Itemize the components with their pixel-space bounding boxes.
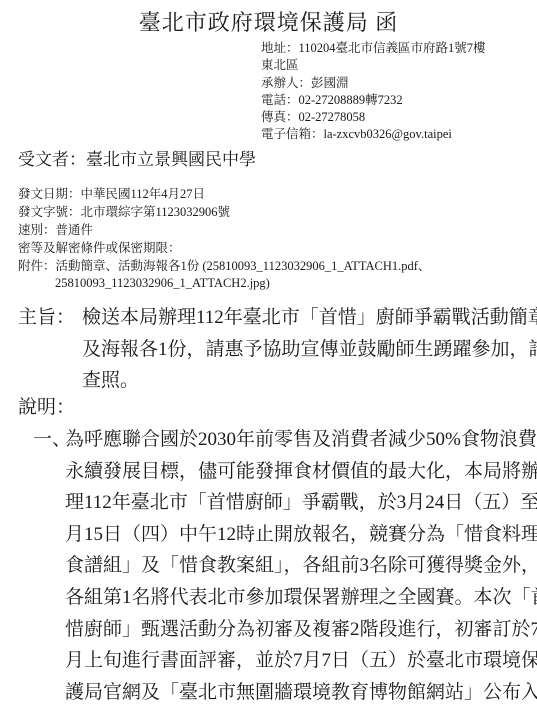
explanation-line: 月上旬進行書面評審，並於7月7日（五）於臺北市環境保 (65, 645, 537, 677)
explanation-item-marker: 一、 (33, 424, 65, 708)
sender-contact-line: 地址：110204臺北市信義區市府路1號7樓 (261, 40, 486, 57)
sender-contact-line: 電子信箱：la-zxcvb0326@gov.taipei (261, 126, 486, 143)
recipient-line: 受文者：臺北市立景興國民中學 (18, 148, 256, 172)
meta-lines: 發文日期：中華民國112年4月27日發文字號：北市環綜字第1123032906號… (18, 185, 430, 275)
subject-section: 主旨： 檢送本局辦理112年臺北市「首惜」廚師爭霸戰活動簡章及海報各1份，請惠予… (18, 302, 537, 397)
subject-lines: 檢送本局辦理112年臺北市「首惜」廚師爭霸戰活動簡章及海報各1份，請惠予協助宣傳… (82, 302, 537, 397)
subject-line: 及海報各1份，請惠予協助宣傳並鼓勵師生踴躍參加，請 (82, 334, 537, 366)
subject-label: 主旨： (18, 302, 82, 397)
meta-line: 發文日期：中華民國112年4月27日 (18, 185, 430, 203)
explanation-line: 理112年臺北市「首惜廚師」爭霸戰，於3月24日（五）至6 (65, 487, 537, 519)
attachment-continuation-line: 25810093_1123032906_1_ATTACH2.jpg) (18, 275, 430, 291)
explanation-line: 為呼應聯合國於2030年前零售及消費者減少50%食物浪費的 (65, 424, 537, 456)
explanation-label: 說明： (18, 392, 75, 424)
explanation-item-1: 一、 為呼應聯合國於2030年前零售及消費者減少50%食物浪費的永續發展目標，儘… (33, 424, 537, 708)
sender-contact-line: 承辦人：彭國淵 (261, 75, 486, 92)
explanation-line: 護局官網及「臺北市無圍牆環境教育博物館網站」公布入 (65, 677, 537, 709)
subject-line: 查照。 (82, 365, 537, 397)
official-letter-document: 臺北市政府環境保護局 函 地址：110204臺北市信義區市府路1號7樓東北區承辦… (0, 0, 537, 711)
meta-line: 速別：普通件 (18, 221, 430, 239)
sender-contact-line: 傳真：02-27278058 (261, 109, 486, 126)
meta-line: 發文字號：北市環綜字第1123032906號 (18, 203, 430, 221)
meta-block: 發文日期：中華民國112年4月27日發文字號：北市環綜字第1123032906號… (18, 185, 430, 291)
explanation-line: 月15日（四）中午12時止開放報名，競賽分為「惜食料理 (65, 519, 537, 551)
sender-contact-block: 地址：110204臺北市信義區市府路1號7樓東北區承辦人：彭國淵電話：02-27… (261, 40, 486, 144)
sender-contact-line: 電話：02-27208889轉7232 (261, 92, 486, 109)
subject-line: 檢送本局辦理112年臺北市「首惜」廚師爭霸戰活動簡章 (82, 302, 537, 334)
document-title: 臺北市政府環境保護局 函 (0, 6, 537, 37)
meta-line: 密等及解密條件或保密期限： (18, 239, 430, 257)
explanation-line: 各組第1名將代表北市參加環保署辦理之全國賽。本次「首 (65, 582, 537, 614)
meta-line: 附件：活動簡章、活動海報各1份 (25810093_1123032906_1_A… (18, 257, 430, 275)
explanation-item-lines: 為呼應聯合國於2030年前零售及消費者減少50%食物浪費的永續發展目標，儘可能發… (65, 424, 537, 708)
sender-contact-line: 東北區 (261, 57, 486, 74)
explanation-line: 永續發展目標，儘可能發揮食材價值的最大化，本局將辦 (65, 456, 537, 488)
explanation-line: 惜廚師」甄選活動分為初審及複審2階段進行，初審訂於7 (65, 614, 537, 646)
explanation-line: 食譜組」及「惜食教案組」，各組前3名除可獲得獎金外， (65, 550, 537, 582)
